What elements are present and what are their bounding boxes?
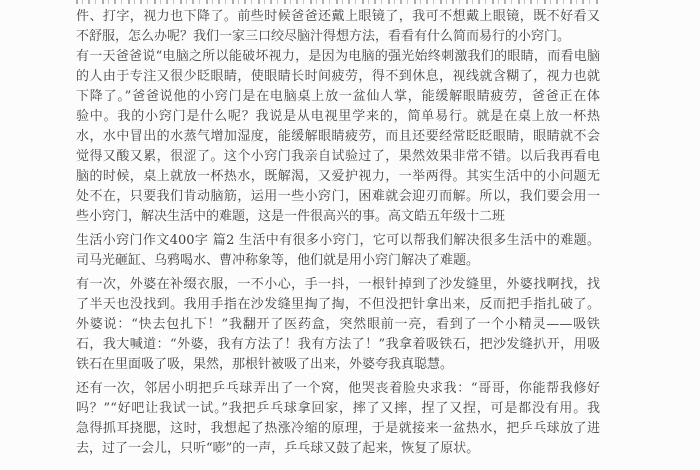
text-line: 脑的时候，桌上就放一杯热水，既解渴，又爱护视力，一举两得。其实生活中的小问题无 <box>76 167 600 187</box>
text-line: 外婆说：“快去包扎下！”我翻开了医药盒，突然眼前一亮，看到了一个小精灵——吸铁 <box>76 315 600 335</box>
text-line: 水，水中冒出的水蒸气增加湿度，能缓解眼睛疲劳，而且还要经常眨眨眼睛，眼睛就不会 <box>76 127 600 147</box>
text-line: 了半天也没找到。我用手指在沙发缝里掏了掏，不但没把针拿出来，反而把手指扎破了。 <box>76 295 600 315</box>
text-line: 有一天爸爸说“电脑之所以能破坏视力，是因为电脑的强光始终刺激我们的眼睛，而看电脑 <box>76 47 600 67</box>
text-line: 生活小窍门作文400字 篇2 生活中有很多小窍门，它可以帮我们解决很多生活中的难… <box>76 231 600 251</box>
paragraph: 件、打字，视力也下降了。前些时候爸爸还戴上眼镜了，我可不想戴上眼镜，既不好看又不… <box>76 7 600 47</box>
text-line: 司马光砸缸、乌鸦喝水、曹冲称象等，他们就是用小窍门解决了难题。 <box>76 251 600 271</box>
paragraph: 有一次，外婆在补缀衣服，一不小心，手一抖，一根针掉到了沙发缝里，外婆找啊找，找了… <box>76 275 600 375</box>
text-line: 石，我大喊道：“外婆，我有方法了！我有方法了！”我拿着吸铁石，把沙发缝扒开，用吸 <box>76 335 600 355</box>
paragraph: 生活小窍门作文400字 篇2 生活中有很多小窍门，它可以帮我们解决很多生活中的难… <box>76 231 600 271</box>
text-line: 觉得又酸又累，很涩了。这个小窍门我亲自试验过了，果然效果非常不错。以后我再看电 <box>76 147 600 167</box>
text-line: 有一次，外婆在补缀衣服，一不小心，手一抖，一根针掉到了沙发缝里，外婆找啊找，找 <box>76 275 600 295</box>
text-line: 下降了。”爸爸说他的小窍门是在电脑桌上放一盆仙人掌，能缓解眼睛疲劳，爸爸正在体 <box>76 87 600 107</box>
text-line: 验中。我的小窍门是什么呢？我说是从电视里学来的，简单易行。就是在桌上放一杯热 <box>76 107 600 127</box>
text-line: 的人由于专注又很少眨眼睛，使眼睛长时间疲劳，得不到休息，视线就含糊了，视力也就 <box>76 67 600 87</box>
text-line: 去，过了一会儿，只听“嘭”的一声，乒乓球又鼓了起来，恢复了原状。 <box>76 439 600 459</box>
paragraph: 有一天爸爸说“电脑之所以能破坏视力，是因为电脑的强光始终刺激我们的眼睛，而看电脑… <box>76 47 600 227</box>
text-line: 些小窍门，解决生活中的难题，这是一件很高兴的事。高文皓五年级十二班 <box>76 207 600 227</box>
clipped-line-top <box>76 0 598 4</box>
text-line: 吗？”“好吧让我试一试。”我把乒乓球拿回家，摔了又摔，捏了又捏，可是都没有用。我 <box>76 399 600 419</box>
text-line: 处不在，只要我们肯动脑筋，运用一些小窍门，困难就会迎刃而解。所以，我们要会用一 <box>76 187 600 207</box>
text-line: 不舒服，怎么办呢？我们一家三口绞尽脑汁得想方法，看看有什么简而易行的小窍门。 <box>76 27 600 47</box>
paragraph: 还有一次，邻居小明把乒乓球弄出了一个窝，他哭丧着脸央求我：“哥哥，你能帮我修好吗… <box>76 379 600 459</box>
text-column: 件、打字，视力也下降了。前些时候爸爸还戴上眼镜了，我可不想戴上眼镜，既不好看又不… <box>76 7 600 463</box>
text-line: 件、打字，视力也下降了。前些时候爸爸还戴上眼镜了，我可不想戴上眼镜，既不好看又 <box>76 7 600 27</box>
text-line: 还有一次，邻居小明把乒乓球弄出了一个窝，他哭丧着脸央求我：“哥哥，你能帮我修好 <box>76 379 600 399</box>
document-page: 件、打字，视力也下降了。前些时候爸爸还戴上眼镜了，我可不想戴上眼镜，既不好看又不… <box>0 0 700 470</box>
text-line: 铁石在里面吸了吸，果然，那根针被吸了出来，外婆夸我真聪慧。 <box>76 355 600 375</box>
text-line: 急得抓耳挠腮，这时，我想起了热涨冷缩的原理，于是就接来一盆热水，把乒乓球放了进 <box>76 419 600 439</box>
